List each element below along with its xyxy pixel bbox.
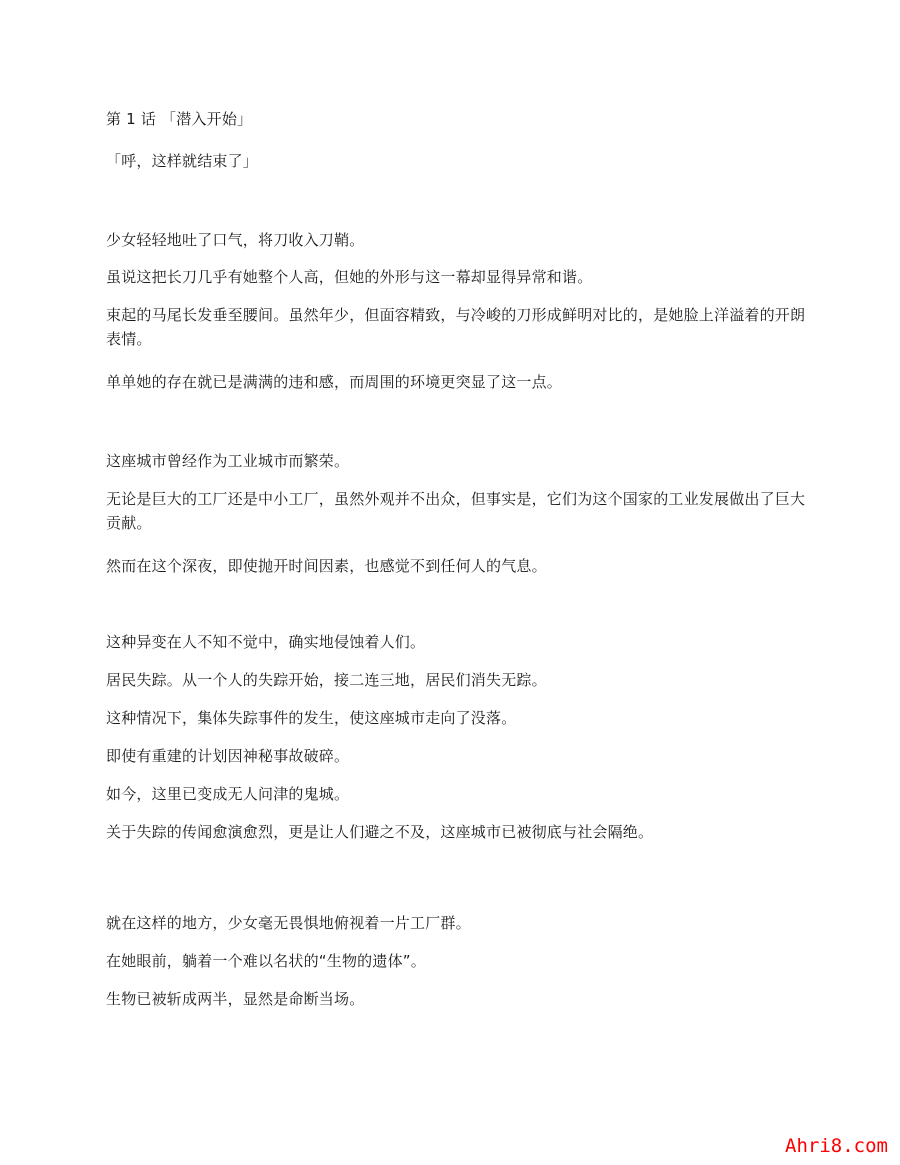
paragraph: 束起的马尾长发垂至腰间。虽然年少，但面容精致，与冷峻的刀形成鲜明对比的，是她脸上… xyxy=(106,303,810,351)
paragraph: 单单她的存在就已是满满的违和感，而周围的环境更突显了这一点。 xyxy=(106,370,562,394)
paragraph: 即使有重建的计划因神秘事故破碎。 xyxy=(106,744,349,768)
paragraph: 「呼，这样就结束了」 xyxy=(106,149,258,173)
paragraph: 这座城市曾经作为工业城市而繁荣。 xyxy=(106,449,349,473)
paragraph: 这种异变在人不知不觉中，确实地侵蚀着人们。 xyxy=(106,630,425,654)
paragraph: 居民失踪。从一个人的失踪开始，接二连三地，居民们消失无踪。 xyxy=(106,668,547,692)
paragraph: 少女轻轻地吐了口气，将刀收入刀鞘。 xyxy=(106,228,364,252)
paragraph: 如今，这里已变成无人问津的鬼城。 xyxy=(106,782,349,806)
paragraph: 生物已被斩成两半，显然是命断当场。 xyxy=(106,987,364,1011)
paragraph: 然而在这个深夜，即使抛开时间因素，也感觉不到任何人的气息。 xyxy=(106,554,547,578)
paragraph: 无论是巨大的工厂还是中小工厂，虽然外观并不出众，但事实是，它们为这个国家的工业发… xyxy=(106,487,810,535)
watermark-text: Ahri8.com xyxy=(785,1135,888,1157)
paragraph: 关于失踪的传闻愈演愈烈，更是让人们避之不及，这座城市已被彻底与社会隔绝。 xyxy=(106,820,653,844)
paragraph: 虽说这把长刀几乎有她整个人高，但她的外形与这一幕却显得异常和谐。 xyxy=(106,265,592,289)
paragraph: 这种情况下，集体失踪事件的发生，使这座城市走向了没落。 xyxy=(106,706,516,730)
chapter-title: 第 1 话 「潜入开始」 xyxy=(106,107,252,131)
paragraph: 就在这样的地方，少女毫无畏惧地俯视着一片工厂群。 xyxy=(106,911,471,935)
paragraph: 在她眼前，躺着一个难以名状的“生物的遗体”。 xyxy=(106,949,426,973)
